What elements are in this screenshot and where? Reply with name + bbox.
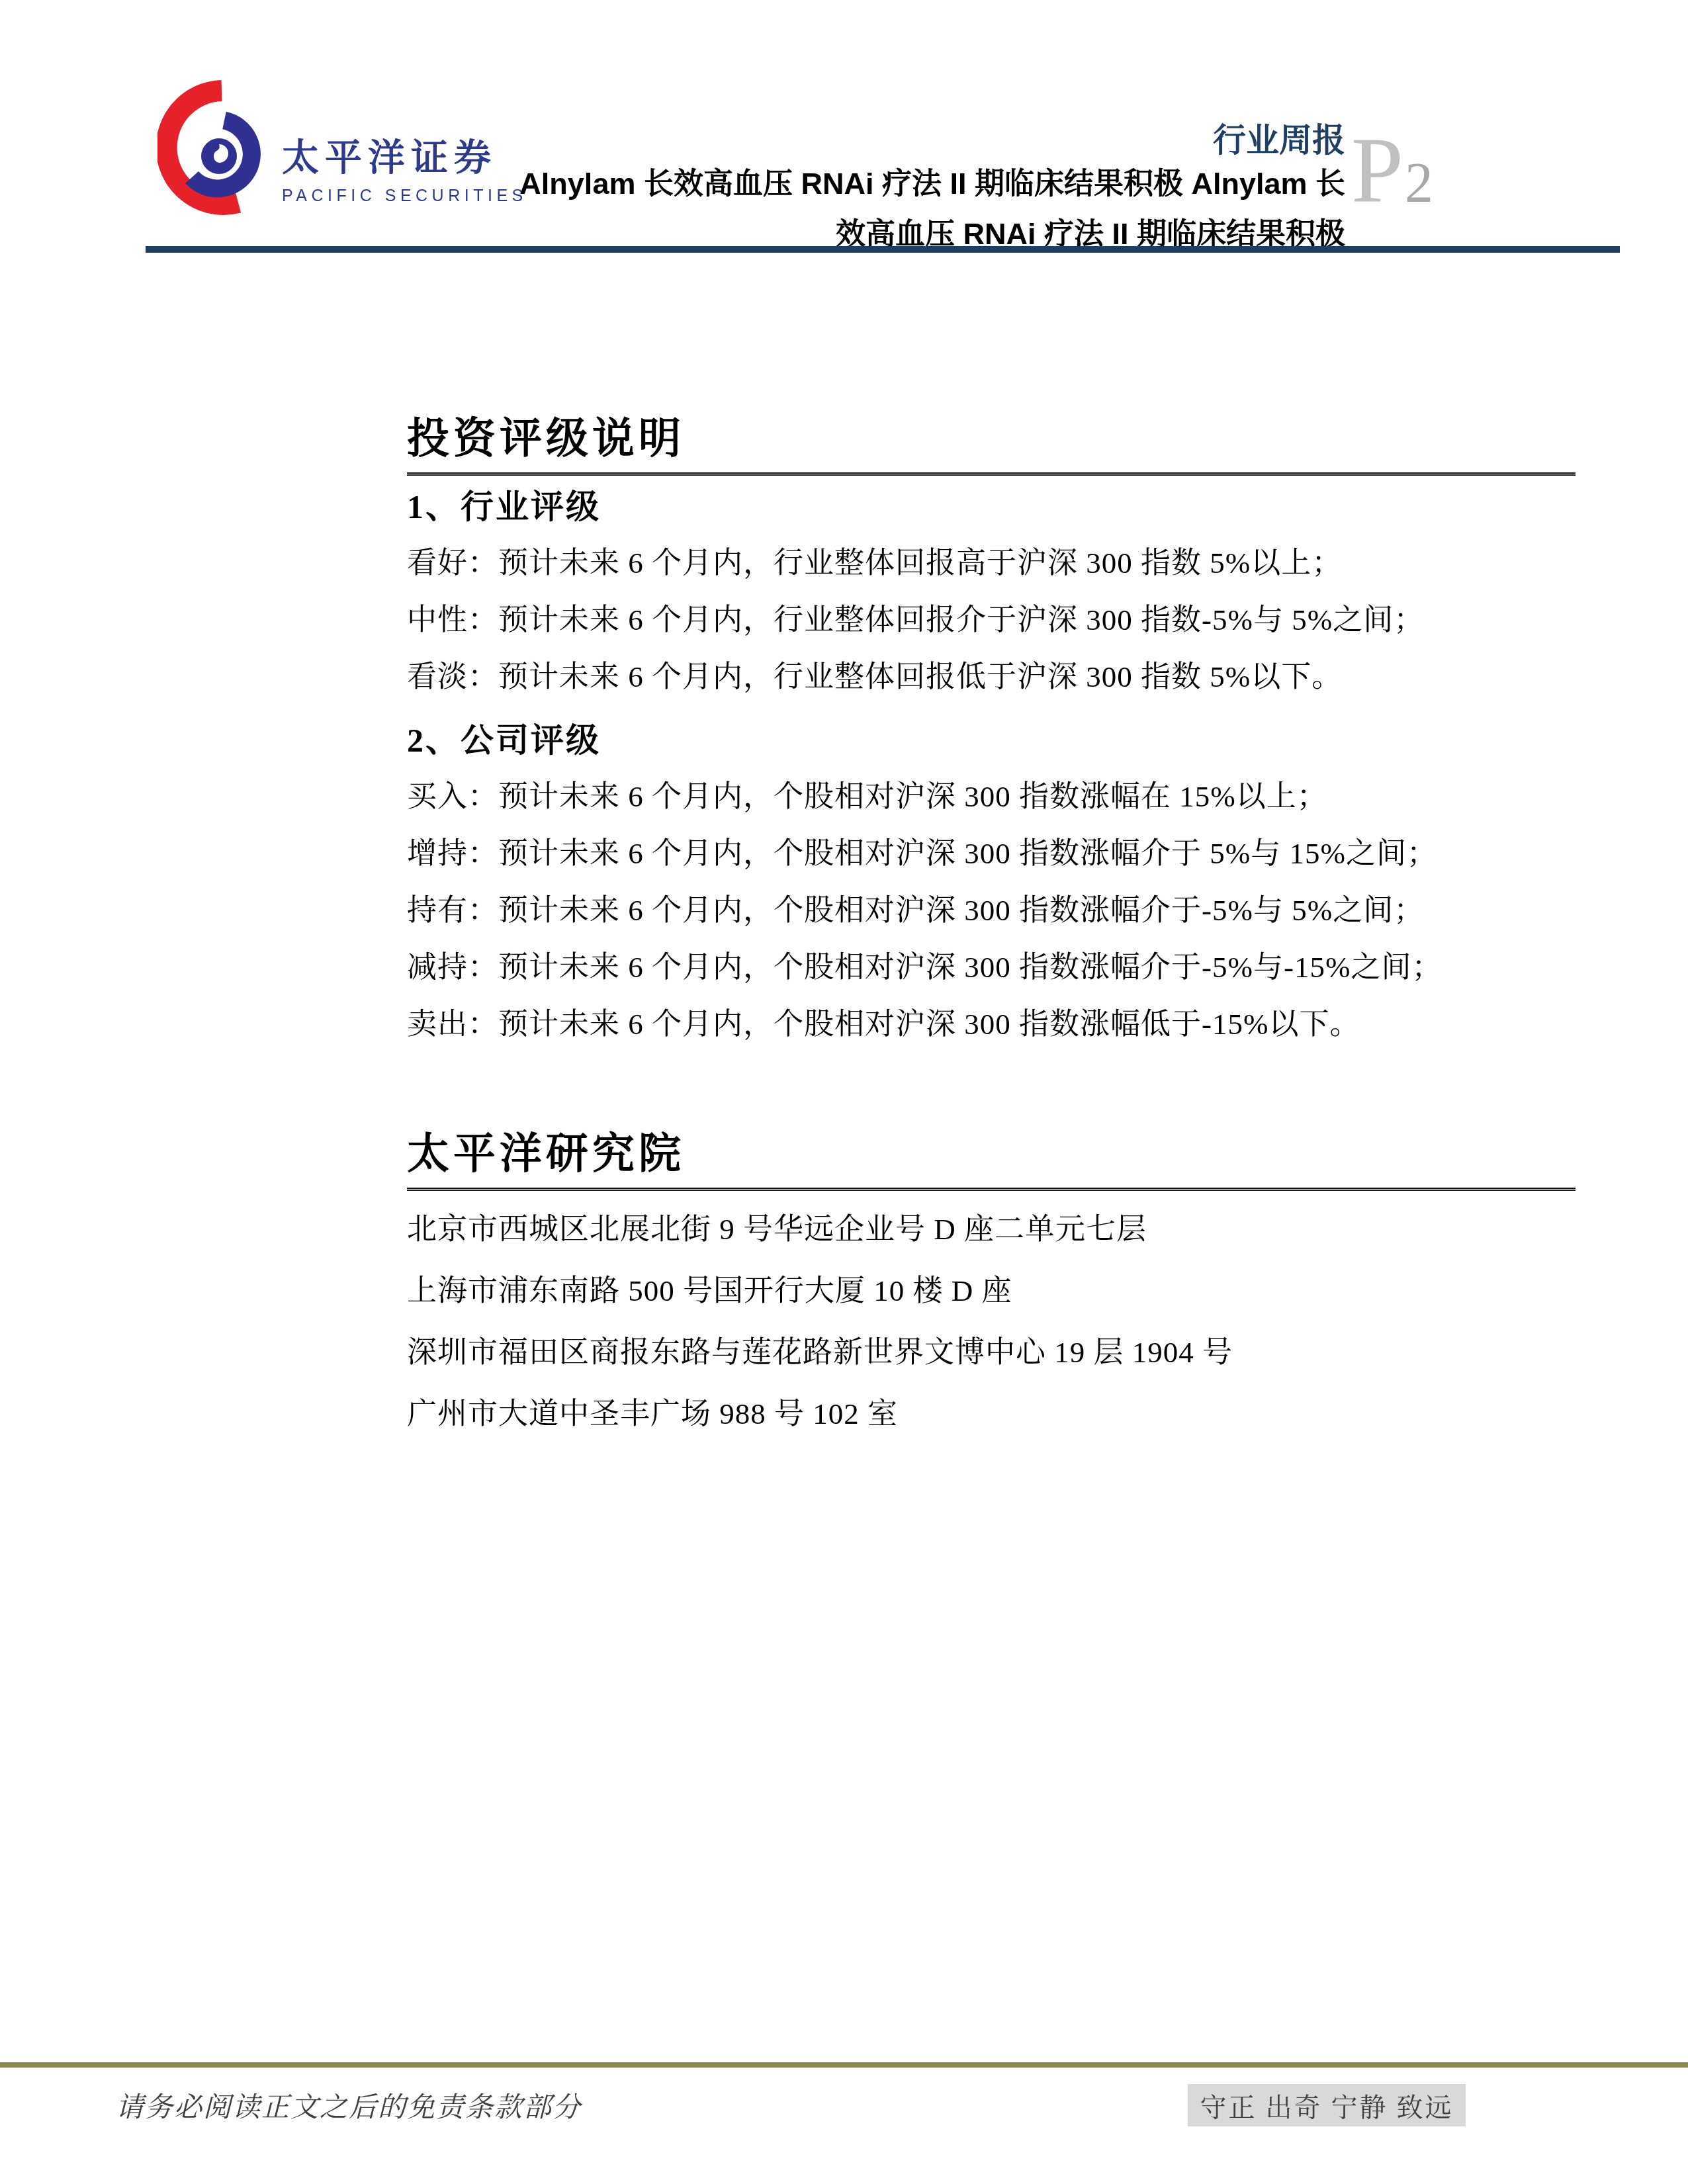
- industry-rating-heading: 1、行业评级: [407, 489, 1576, 525]
- institute-address: 深圳市福田区商报东路与莲花路新世界文博中心 19 层 1904 号: [407, 1322, 1576, 1383]
- institute-section-title: 太平洋研究院: [407, 1131, 1576, 1177]
- company-rating-list: 买入：预计未来 6 个月内，个股相对沪深 300 指数涨幅在 15%以上； 增持…: [407, 768, 1576, 1053]
- pacific-securities-logo-icon: [157, 79, 269, 220]
- page-content: 投资评级说明 1、行业评级 看好：预计未来 6 个月内，行业整体回报高于沪深 3…: [407, 415, 1576, 1445]
- header-divider: [146, 246, 1620, 253]
- rating-section-title: 投资评级说明: [407, 415, 1576, 462]
- company-rating-block: 2、公司评级 买入：预计未来 6 个月内，个股相对沪深 300 指数涨幅在 15…: [407, 722, 1576, 1053]
- company-rating-heading: 2、公司评级: [407, 722, 1576, 759]
- institute-address-list: 北京市西城区北展北街 9 号华远企业号 D 座二单元七层 上海市浦东南路 500…: [407, 1199, 1576, 1445]
- company-rating-item: 增持：预计未来 6 个月内，个股相对沪深 300 指数涨幅介于 5%与 15%之…: [407, 825, 1576, 882]
- pacific-securities-logo: 太平洋证券 PACIFIC SECURITIES: [157, 79, 527, 220]
- company-rating-item: 买入：预计未来 6 个月内，个股相对沪深 300 指数涨幅在 15%以上；: [407, 768, 1576, 825]
- industry-rating-item: 中性：预计未来 6 个月内，行业整体回报介于沪深 300 指数-5%与 5%之间…: [407, 591, 1576, 648]
- company-rating-item: 持有：预计未来 6 个月内，个股相对沪深 300 指数涨幅介于-5%与 5%之间…: [407, 882, 1576, 939]
- institute-section-divider: [407, 1188, 1576, 1191]
- footer-divider: [0, 2062, 1688, 2068]
- report-title: Alnylam 长效高血压 RNAi 疗法 II 期临床结果积极 Alnylam…: [511, 159, 1345, 259]
- page-number: P 2: [1351, 123, 1433, 217]
- report-type-label: 行业周报: [1213, 114, 1345, 161]
- logo-wordmark: 太平洋证券 PACIFIC SECURITIES: [282, 128, 527, 206]
- logo-en-text: PACIFIC SECURITIES: [282, 187, 527, 206]
- page-number-value: 2: [1405, 154, 1433, 211]
- institute-address: 北京市西城区北展北街 9 号华远企业号 D 座二单元七层: [407, 1199, 1576, 1260]
- industry-rating-item: 看淡：预计未来 6 个月内，行业整体回报低于沪深 300 指数 5%以下。: [407, 648, 1576, 705]
- industry-rating-item: 看好：预计未来 6 个月内，行业整体回报高于沪深 300 指数 5%以上；: [407, 535, 1576, 591]
- industry-rating-list: 看好：预计未来 6 个月内，行业整体回报高于沪深 300 指数 5%以上； 中性…: [407, 535, 1576, 705]
- footer-motto: 守正 出奇 宁静 致远: [1200, 2087, 1454, 2124]
- logo-cn-text: 太平洋证券: [282, 128, 527, 181]
- rating-section-divider: [407, 472, 1576, 476]
- institute-address: 上海市浦东南路 500 号国开行大厦 10 楼 D 座: [407, 1260, 1576, 1322]
- company-rating-item: 卖出：预计未来 6 个月内，个股相对沪深 300 指数涨幅低于-15%以下。: [407, 996, 1576, 1053]
- page-letter: P: [1351, 123, 1403, 217]
- report-title-line1: Alnylam 长效高血压 RNAi 疗法 II 期临床结果积极 Alnylam…: [511, 159, 1345, 209]
- company-rating-item: 减持：预计未来 6 个月内，个股相对沪深 300 指数涨幅介于-5%与-15%之…: [407, 939, 1576, 996]
- institute-address: 广州市大道中圣丰广场 988 号 102 室: [407, 1383, 1576, 1445]
- institute-block: 太平洋研究院 北京市西城区北展北街 9 号华远企业号 D 座二单元七层 上海市浦…: [407, 1131, 1576, 1445]
- footer-motto-box: 守正 出奇 宁静 致远: [1188, 2084, 1466, 2126]
- footer-disclaimer: 请务必阅读正文之后的免责条款部分: [116, 2085, 582, 2125]
